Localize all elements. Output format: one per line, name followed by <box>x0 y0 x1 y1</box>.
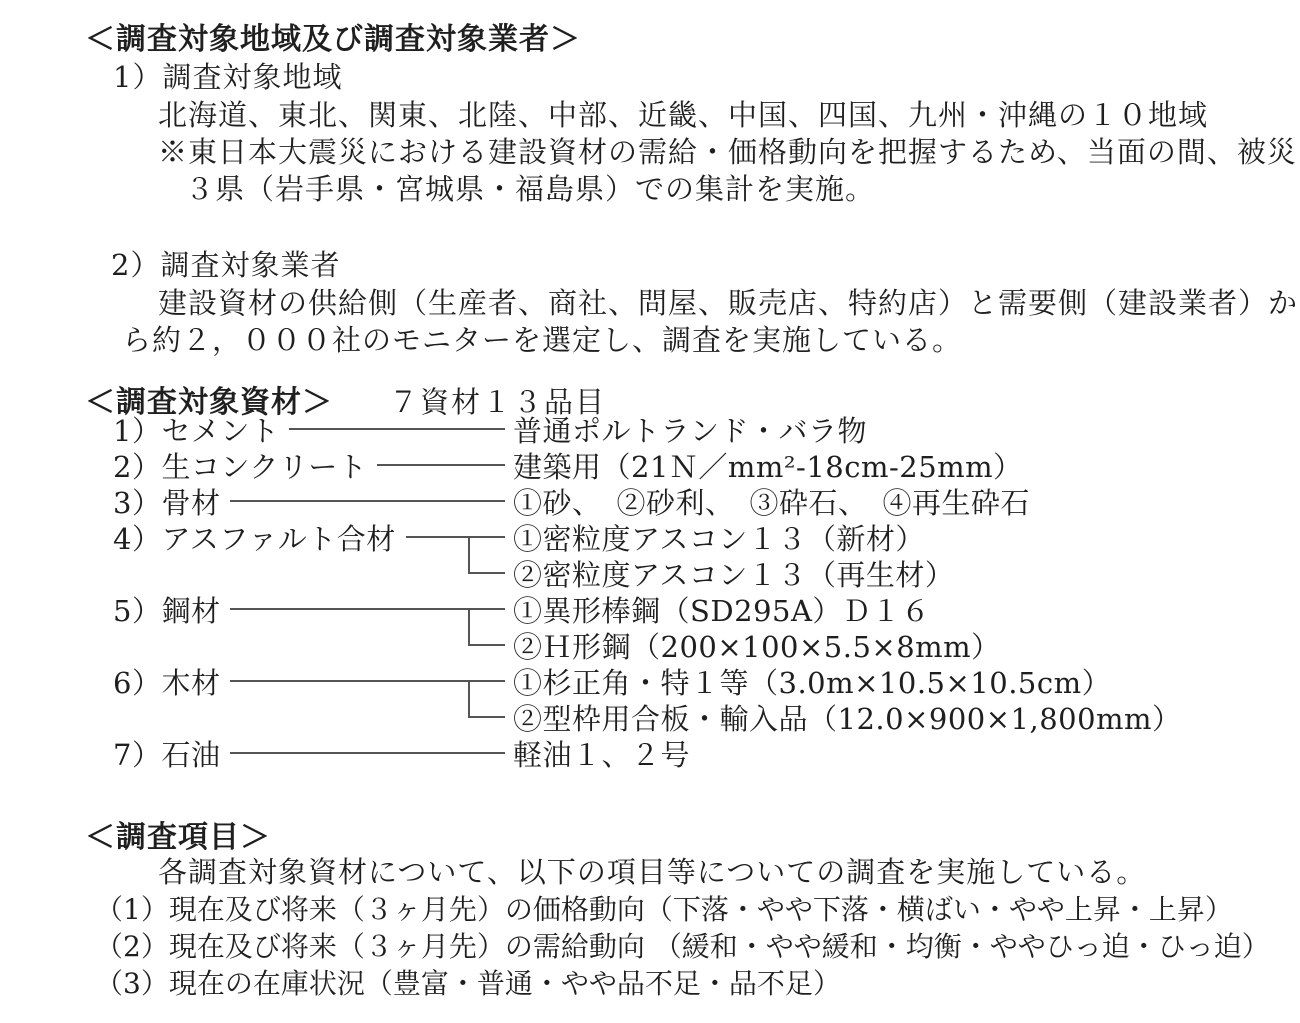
region-paragraph-line: ※東日本大震災における建設資材の需給・価格動向を把握するため、当面の間、被災 <box>158 130 1297 171</box>
material-item: 普通ポルトランド・バラ物 <box>513 409 867 450</box>
material-item: ①異形棒鋼（SD295A）Ｄ１６ <box>513 589 930 630</box>
subsection-label-business: 2）調査対象業者 <box>111 243 340 284</box>
material-item: ①杉正角・特１等（3.0m×10.5×10.5cm） <box>513 661 1111 702</box>
survey-item-inventory-status: （3）現在の在庫状況（豊富・普通・やや品不足・品不足） <box>95 962 841 1002</box>
survey-item-price-trend: （1）現在及び将来（３ヶ月先）の価格動向（下落・やや下落・横ばい・やや上昇・上昇… <box>95 888 1233 928</box>
material-item: ②密粒度アスコン１３（再生材） <box>513 553 954 594</box>
material-row-petroleum: 7）石油 軽油１、２号 <box>85 735 1275 771</box>
material-label: 4）アスファルト合材 <box>85 517 396 558</box>
connector-vertical-line <box>468 537 470 574</box>
material-row-aggregate: 3）骨材 ①砂、 ②砂利、 ③砕石、 ④再生砕石 <box>85 483 1275 519</box>
business-paragraph-line: 建設資材の供給側（生産者、商社、問屋、販売店、特約店）と需要側（建設業者）か <box>158 281 1298 322</box>
connector-branch-line <box>468 716 505 718</box>
material-label: 2）生コンクリート <box>85 445 367 486</box>
connector-line <box>406 536 505 538</box>
connector-vertical-line <box>468 681 470 718</box>
connector-line <box>230 752 505 754</box>
connector-branch-line <box>468 572 505 574</box>
connector-line <box>230 500 505 502</box>
material-item: ②型枠用合板・輸入品（12.0×900×1,800mm） <box>513 697 1182 738</box>
region-paragraph-line: 北海道、東北、関東、北陸、中部、近畿、中国、四国、九州・沖縄の１０地域 <box>158 93 1208 134</box>
connector-line <box>289 428 505 430</box>
connector-line <box>230 680 505 682</box>
material-label: 5）鋼材 <box>85 589 220 630</box>
material-item: 軽油１、２号 <box>513 733 690 774</box>
material-item: ①砂、 ②砂利、 ③砕石、 ④再生砕石 <box>513 481 1030 522</box>
material-label: 1）セメント <box>85 409 279 450</box>
connector-branch-line <box>468 644 505 646</box>
material-row-wood: 6）木材 ①杉正角・特１等（3.0m×10.5×10.5cm） ②型枠用合板・輸… <box>85 663 1275 735</box>
material-row-concrete: 2）生コンクリート 建築用（21Ｎ／mm²-18cm-25mm） <box>85 447 1275 483</box>
material-label: 3）骨材 <box>85 481 220 522</box>
material-item: ①密粒度アスコン１３（新材） <box>513 517 925 558</box>
business-paragraph-line: ら約２，０００社のモニターを選定し、調査を実施している。 <box>122 318 962 359</box>
material-item: 建築用（21Ｎ／mm²-18cm-25mm） <box>513 445 1023 486</box>
subsection-label-region: 1）調査対象地域 <box>113 55 342 96</box>
material-label: 6）木材 <box>85 661 220 702</box>
connector-vertical-line <box>468 609 470 646</box>
connector-line <box>377 464 505 466</box>
material-row-asphalt: 4）アスファルト合材 ①密粒度アスコン１３（新材） ②密粒度アスコン１３（再生材… <box>85 519 1275 591</box>
connector-line <box>230 608 505 610</box>
material-item: ②Ｈ形鋼（200×100×5.5×8mm） <box>513 625 1001 666</box>
document-page: ＜調査対象地域及び調査対象業者＞ 1）調査対象地域 北海道、東北、関東、北陸、中… <box>0 0 1300 1023</box>
survey-item-supply-demand-trend: （2）現在及び将来（３ヶ月先）の需給動向 （緩和・やや緩和・均衡・ややひっ迫・ひ… <box>95 925 1270 965</box>
material-row-steel: 5）鋼材 ①異形棒鋼（SD295A）Ｄ１６ ②Ｈ形鋼（200×100×5.5×8… <box>85 591 1275 663</box>
region-paragraph-line: ３県（岩手県・宮城県・福島県）での集計を実施。 <box>185 167 875 208</box>
materials-tree: 1）セメント 普通ポルトランド・バラ物 2）生コンクリート 建築用（21Ｎ／mm… <box>85 411 1275 771</box>
material-label: 7）石油 <box>85 733 220 774</box>
survey-items-intro: 各調査対象資材について、以下の項目等についての調査を実施している。 <box>158 850 1146 891</box>
section-heading-region: ＜調査対象地域及び調査対象業者＞ <box>85 14 581 58</box>
material-row-cement: 1）セメント 普通ポルトランド・バラ物 <box>85 411 1275 447</box>
